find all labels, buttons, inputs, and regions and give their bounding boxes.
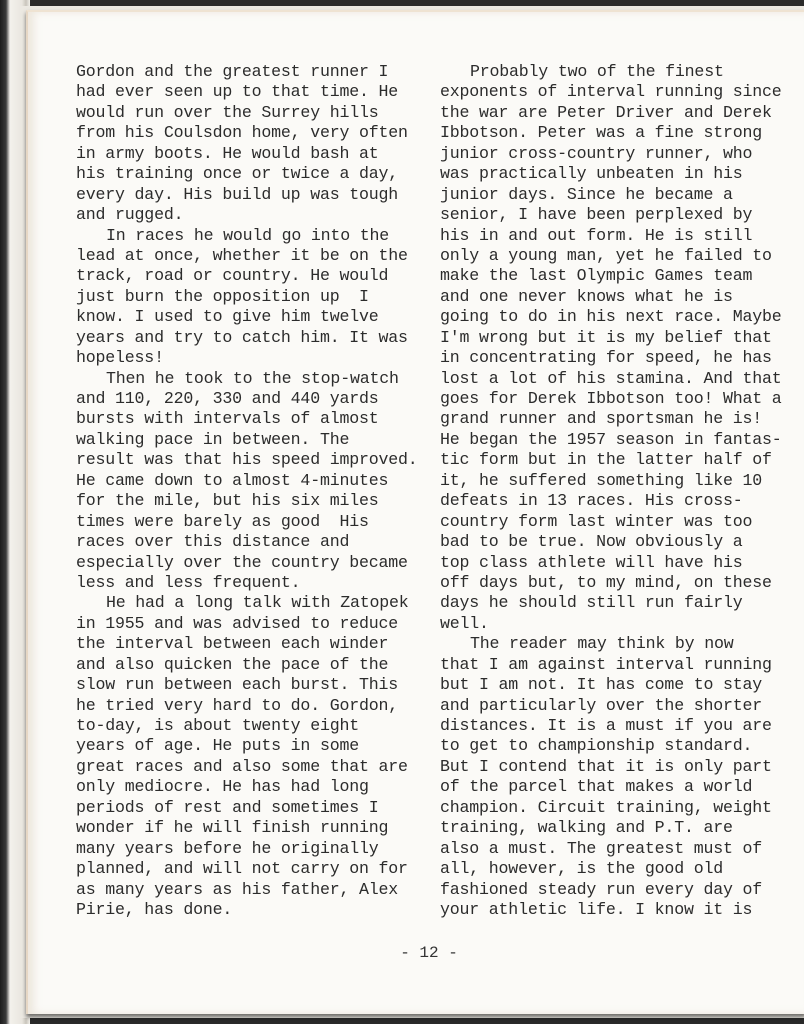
text-line: hopeless! [76, 348, 418, 368]
text-line: only a young man, yet he failed to [440, 246, 782, 266]
text-line: and particularly over the shorter [440, 696, 782, 716]
text-line: wonder if he will finish running [76, 818, 418, 838]
text-line: would run over the Surrey hills [76, 103, 418, 123]
text-line: it, he suffered something like 10 [440, 471, 782, 491]
text-line: for the mile, but his six miles [76, 491, 418, 511]
page-number: - 12 - [0, 944, 804, 962]
text-line: that I am against interval running [440, 655, 782, 675]
text-line: junior cross-country runner, who [440, 144, 782, 164]
text-line: senior, I have been perplexed by [440, 205, 782, 225]
text-line: But I contend that it is only part [440, 757, 782, 777]
text-line: going to do in his next race. Maybe [440, 307, 782, 327]
text-line: was practically unbeaten in his [440, 164, 782, 184]
text-line: know. I used to give him twelve [76, 307, 418, 327]
text-line: top class athlete will have his [440, 553, 782, 573]
text-line: of the parcel that makes a world [440, 777, 782, 797]
text-line: He began the 1957 season in fantas- [440, 430, 782, 450]
text-line: tic form but in the latter half of [440, 450, 782, 470]
text-line: defeats in 13 races. His cross- [440, 491, 782, 511]
text-line: planned, and will not carry on for [76, 859, 418, 879]
text-line: in concentrating for speed, he has [440, 348, 782, 368]
text-line: races over this distance and [76, 532, 418, 552]
text-line: walking pace in between. The [76, 430, 418, 450]
text-line: Pirie, has done. [76, 900, 418, 920]
text-line: off days but, to my mind, on these [440, 573, 782, 593]
text-line: lead at once, whether it be on the [76, 246, 418, 266]
text-line: less and less frequent. [76, 573, 418, 593]
text-line: track, road or country. He would [76, 266, 418, 286]
text-line: especially over the country became [76, 553, 418, 573]
text-line: result was that his speed improved. [76, 450, 418, 470]
text-line: country form last winter was too [440, 512, 782, 532]
text-line: distances. It is a must if you are [440, 716, 782, 736]
text-line: also a must. The greatest must of [440, 839, 782, 859]
text-line: to-day, is about twenty eight [76, 716, 418, 736]
text-line: The reader may think by now [440, 634, 782, 654]
text-line: and one never knows what he is [440, 287, 782, 307]
text-line: all, however, is the good old [440, 859, 782, 879]
text-line: goes for Derek Ibbotson too! What a [440, 389, 782, 409]
text-line: but I am not. It has come to stay [440, 675, 782, 695]
text-line: periods of rest and sometimes I [76, 798, 418, 818]
text-line: just burn the opposition up I [76, 287, 418, 307]
text-line: the interval between each winder [76, 634, 418, 654]
text-line: your athletic life. I know it is [440, 900, 782, 920]
text-line: only mediocre. He has had long [76, 777, 418, 797]
text-line: lost a lot of his stamina. And that [440, 369, 782, 389]
text-line: in 1955 and was advised to reduce [76, 614, 418, 634]
text-line: he tried very hard to do. Gordon, [76, 696, 418, 716]
text-line: bursts with intervals of almost [76, 409, 418, 429]
text-line: every day. His build up was tough [76, 185, 418, 205]
text-line: Gordon and the greatest runner I [76, 62, 418, 82]
text-line: slow run between each burst. This [76, 675, 418, 695]
text-line: grand runner and sportsman he is! [440, 409, 782, 429]
text-line: Probably two of the finest [440, 62, 782, 82]
text-line: He had a long talk with Zatopek [76, 593, 418, 613]
text-line: years and try to catch him. It was [76, 328, 418, 348]
text-line: times were barely as good His [76, 512, 418, 532]
text-line: make the last Olympic Games team [440, 266, 782, 286]
text-line: In races he would go into the [76, 226, 418, 246]
text-column-right: Probably two of the finestexponents of i… [440, 62, 782, 920]
text-line: had ever seen up to that time. He [76, 82, 418, 102]
text-line: champion. Circuit training, weight [440, 798, 782, 818]
text-line: Then he took to the stop-watch [76, 369, 418, 389]
text-line: and 110, 220, 330 and 440 yards [76, 389, 418, 409]
text-column-left: Gordon and the greatest runner Ihad ever… [76, 62, 418, 920]
text-line: as many years as his father, Alex [76, 880, 418, 900]
text-line: fashioned steady run every day of [440, 880, 782, 900]
text-line: the war are Peter Driver and Derek [440, 103, 782, 123]
text-line: exponents of interval running since [440, 82, 782, 102]
text-line: his in and out form. He is still [440, 226, 782, 246]
text-line: in army boots. He would bash at [76, 144, 418, 164]
text-line: junior days. Since he became a [440, 185, 782, 205]
text-line: his training once or twice a day, [76, 164, 418, 184]
text-line: to get to championship standard. [440, 736, 782, 756]
text-line: I'm wrong but it is my belief that [440, 328, 782, 348]
text-line: from his Coulsdon home, very often [76, 123, 418, 143]
text-line: days he should still run fairly [440, 593, 782, 613]
text-line: and also quicken the pace of the [76, 655, 418, 675]
text-line: Ibbotson. Peter was a fine strong [440, 123, 782, 143]
text-line: bad to be true. Now obviously a [440, 532, 782, 552]
text-line: He came down to almost 4-minutes [76, 471, 418, 491]
text-line: well. [440, 614, 782, 634]
text-line: years of age. He puts in some [76, 736, 418, 756]
text-line: many years before he originally [76, 839, 418, 859]
text-line: great races and also some that are [76, 757, 418, 777]
text-line: and rugged. [76, 205, 418, 225]
text-line: training, walking and P.T. are [440, 818, 782, 838]
